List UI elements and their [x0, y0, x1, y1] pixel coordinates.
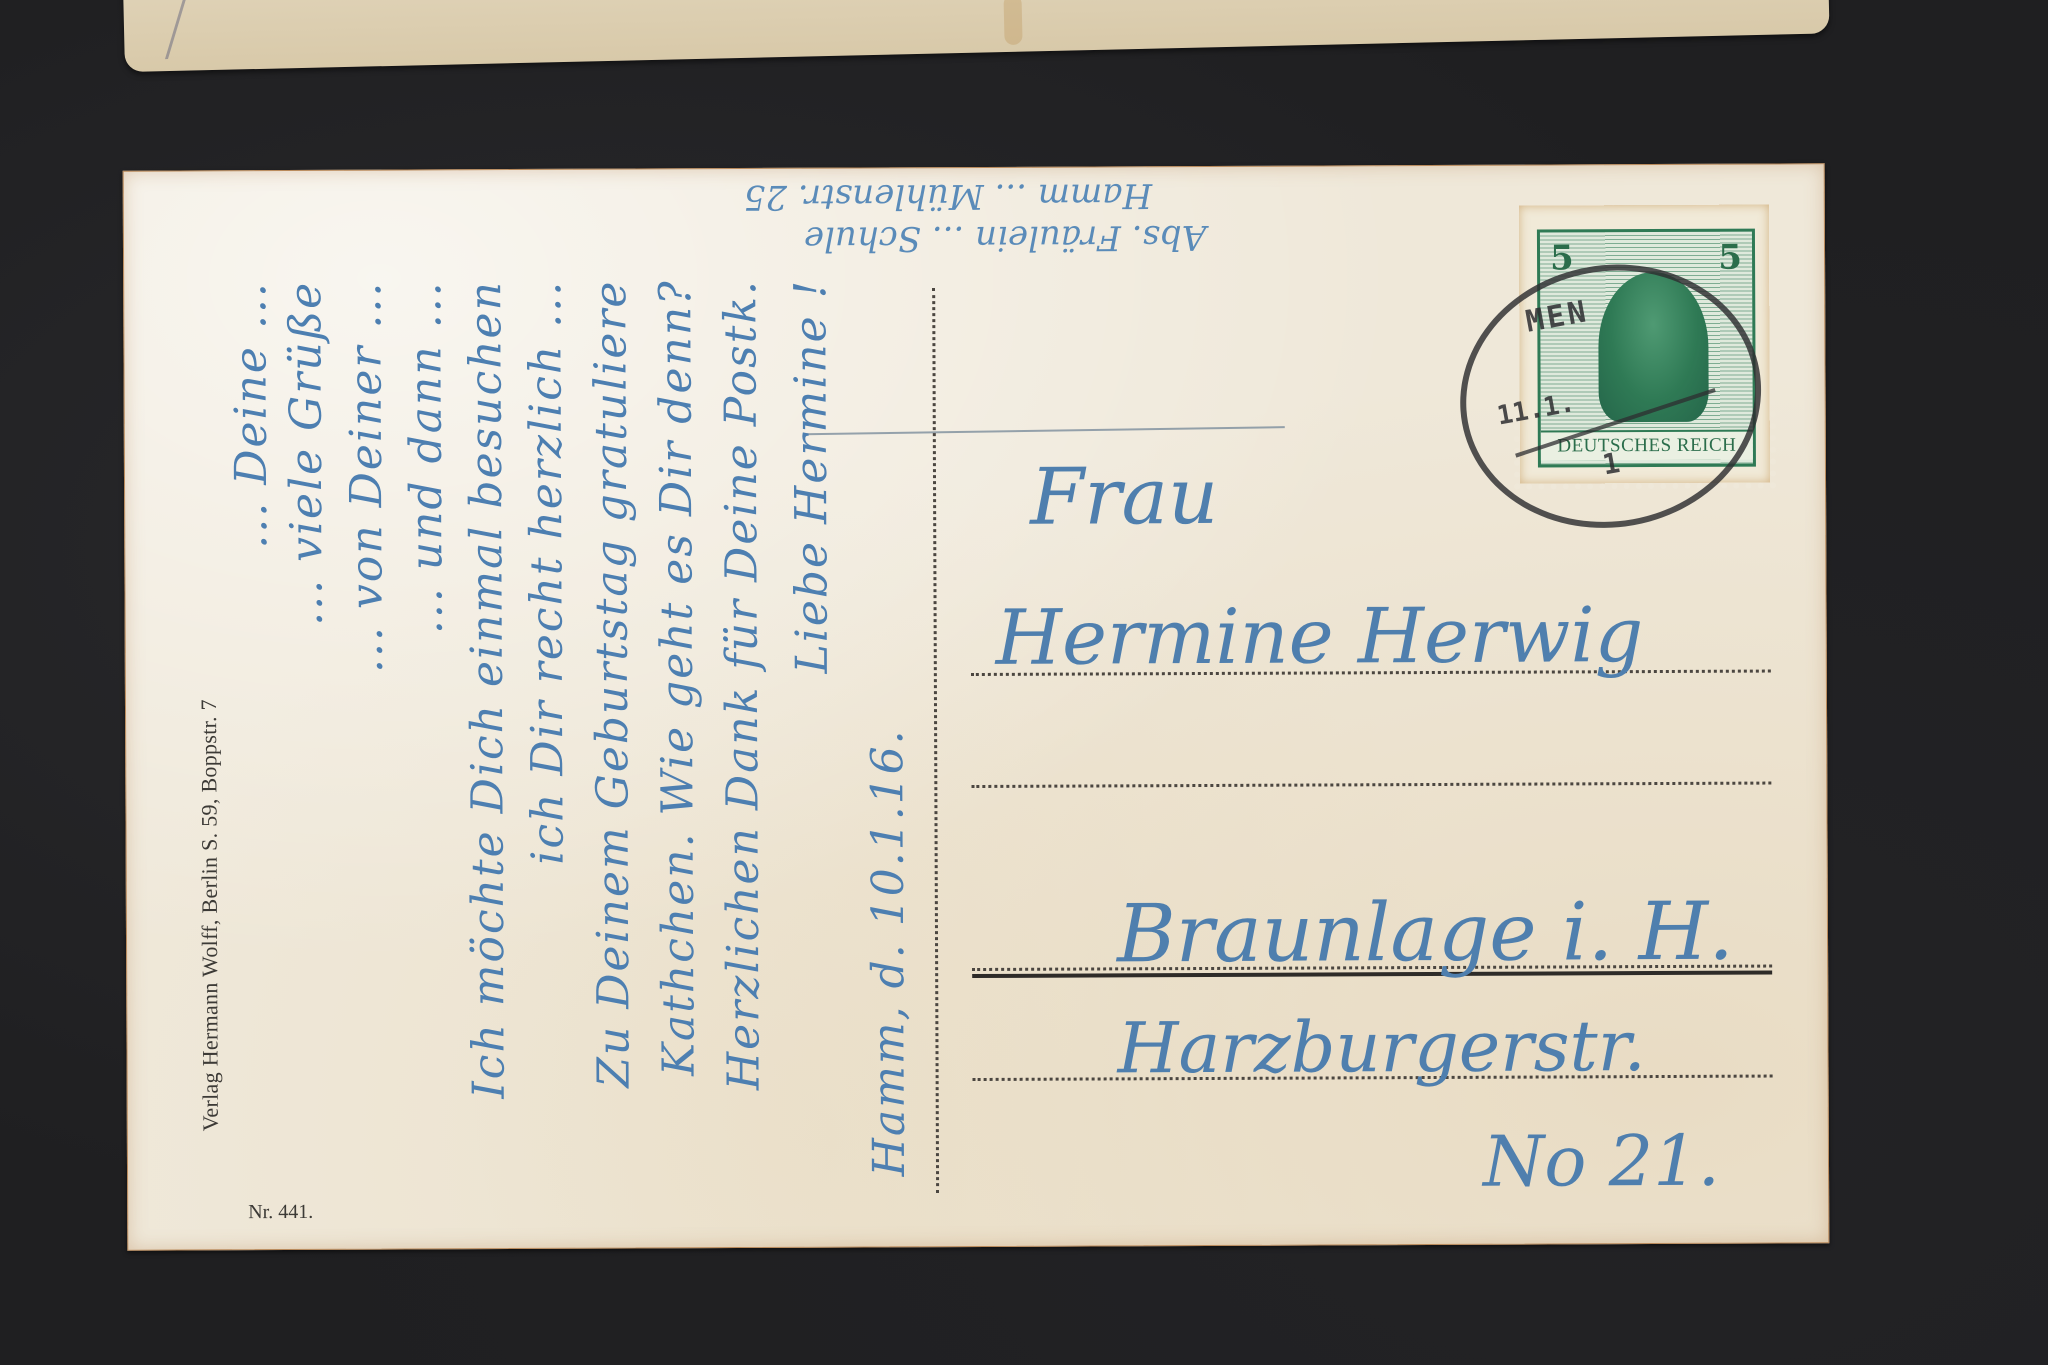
pencil-mark — [165, 0, 226, 59]
stain — [1003, 0, 1022, 45]
postmark-town: MEN — [1523, 294, 1591, 340]
postmark-office-number: 1 — [1600, 446, 1622, 481]
address-street: Harzburgerstr. — [1117, 1005, 1646, 1089]
message-line: ... und dann ... — [404, 280, 450, 634]
message-address-divider — [932, 288, 939, 1193]
postmark-date: 11.1. — [1495, 388, 1577, 431]
previous-postcard-edge — [122, 0, 1829, 72]
message-line: ich Dir recht herzlich ... — [524, 280, 571, 865]
message-line: Ich möchte Dich einmal besuchen — [464, 280, 512, 1099]
message-line: ... viele Grüße — [284, 281, 330, 626]
postcard: Verlag Hermann Wolff, Berlin S. 59, Bopp… — [123, 163, 1830, 1250]
message-line: Zu Deinem Geburtstag gratuliere — [589, 279, 637, 1087]
card-number: Nr. 441. — [248, 1201, 313, 1224]
message-line: Kathchen. Wie geht es Dir denn? — [654, 279, 701, 1076]
message-date-line: Hamm, d. 10.1.16. — [866, 728, 912, 1176]
publisher-imprint: Verlag Hermann Wolff, Berlin S. 59, Bopp… — [196, 699, 224, 1131]
sender-underline — [805, 426, 1285, 435]
address-house-number: No 21. — [1483, 1120, 1720, 1203]
sender-line-2: Hamm ... Mühlenstr. 25 — [744, 175, 1153, 217]
message-line: ... von Deiner ... — [344, 281, 390, 674]
stamp-value-right: 5 — [1718, 238, 1742, 278]
address-name: Hermine Herwig — [996, 590, 1644, 682]
message-line: Liebe Hermine ! — [789, 279, 835, 674]
sender-line-1: Abs. Fräulein ... Schule — [804, 217, 1206, 259]
address-city: Braunlage i. H. — [1117, 885, 1734, 981]
message-line: ... Deine ... — [229, 281, 274, 549]
address-line — [971, 782, 1771, 788]
message-line: Herzlichen Dank für Deine Postk. — [719, 279, 767, 1090]
address-salutation: Frau — [1030, 452, 1219, 543]
